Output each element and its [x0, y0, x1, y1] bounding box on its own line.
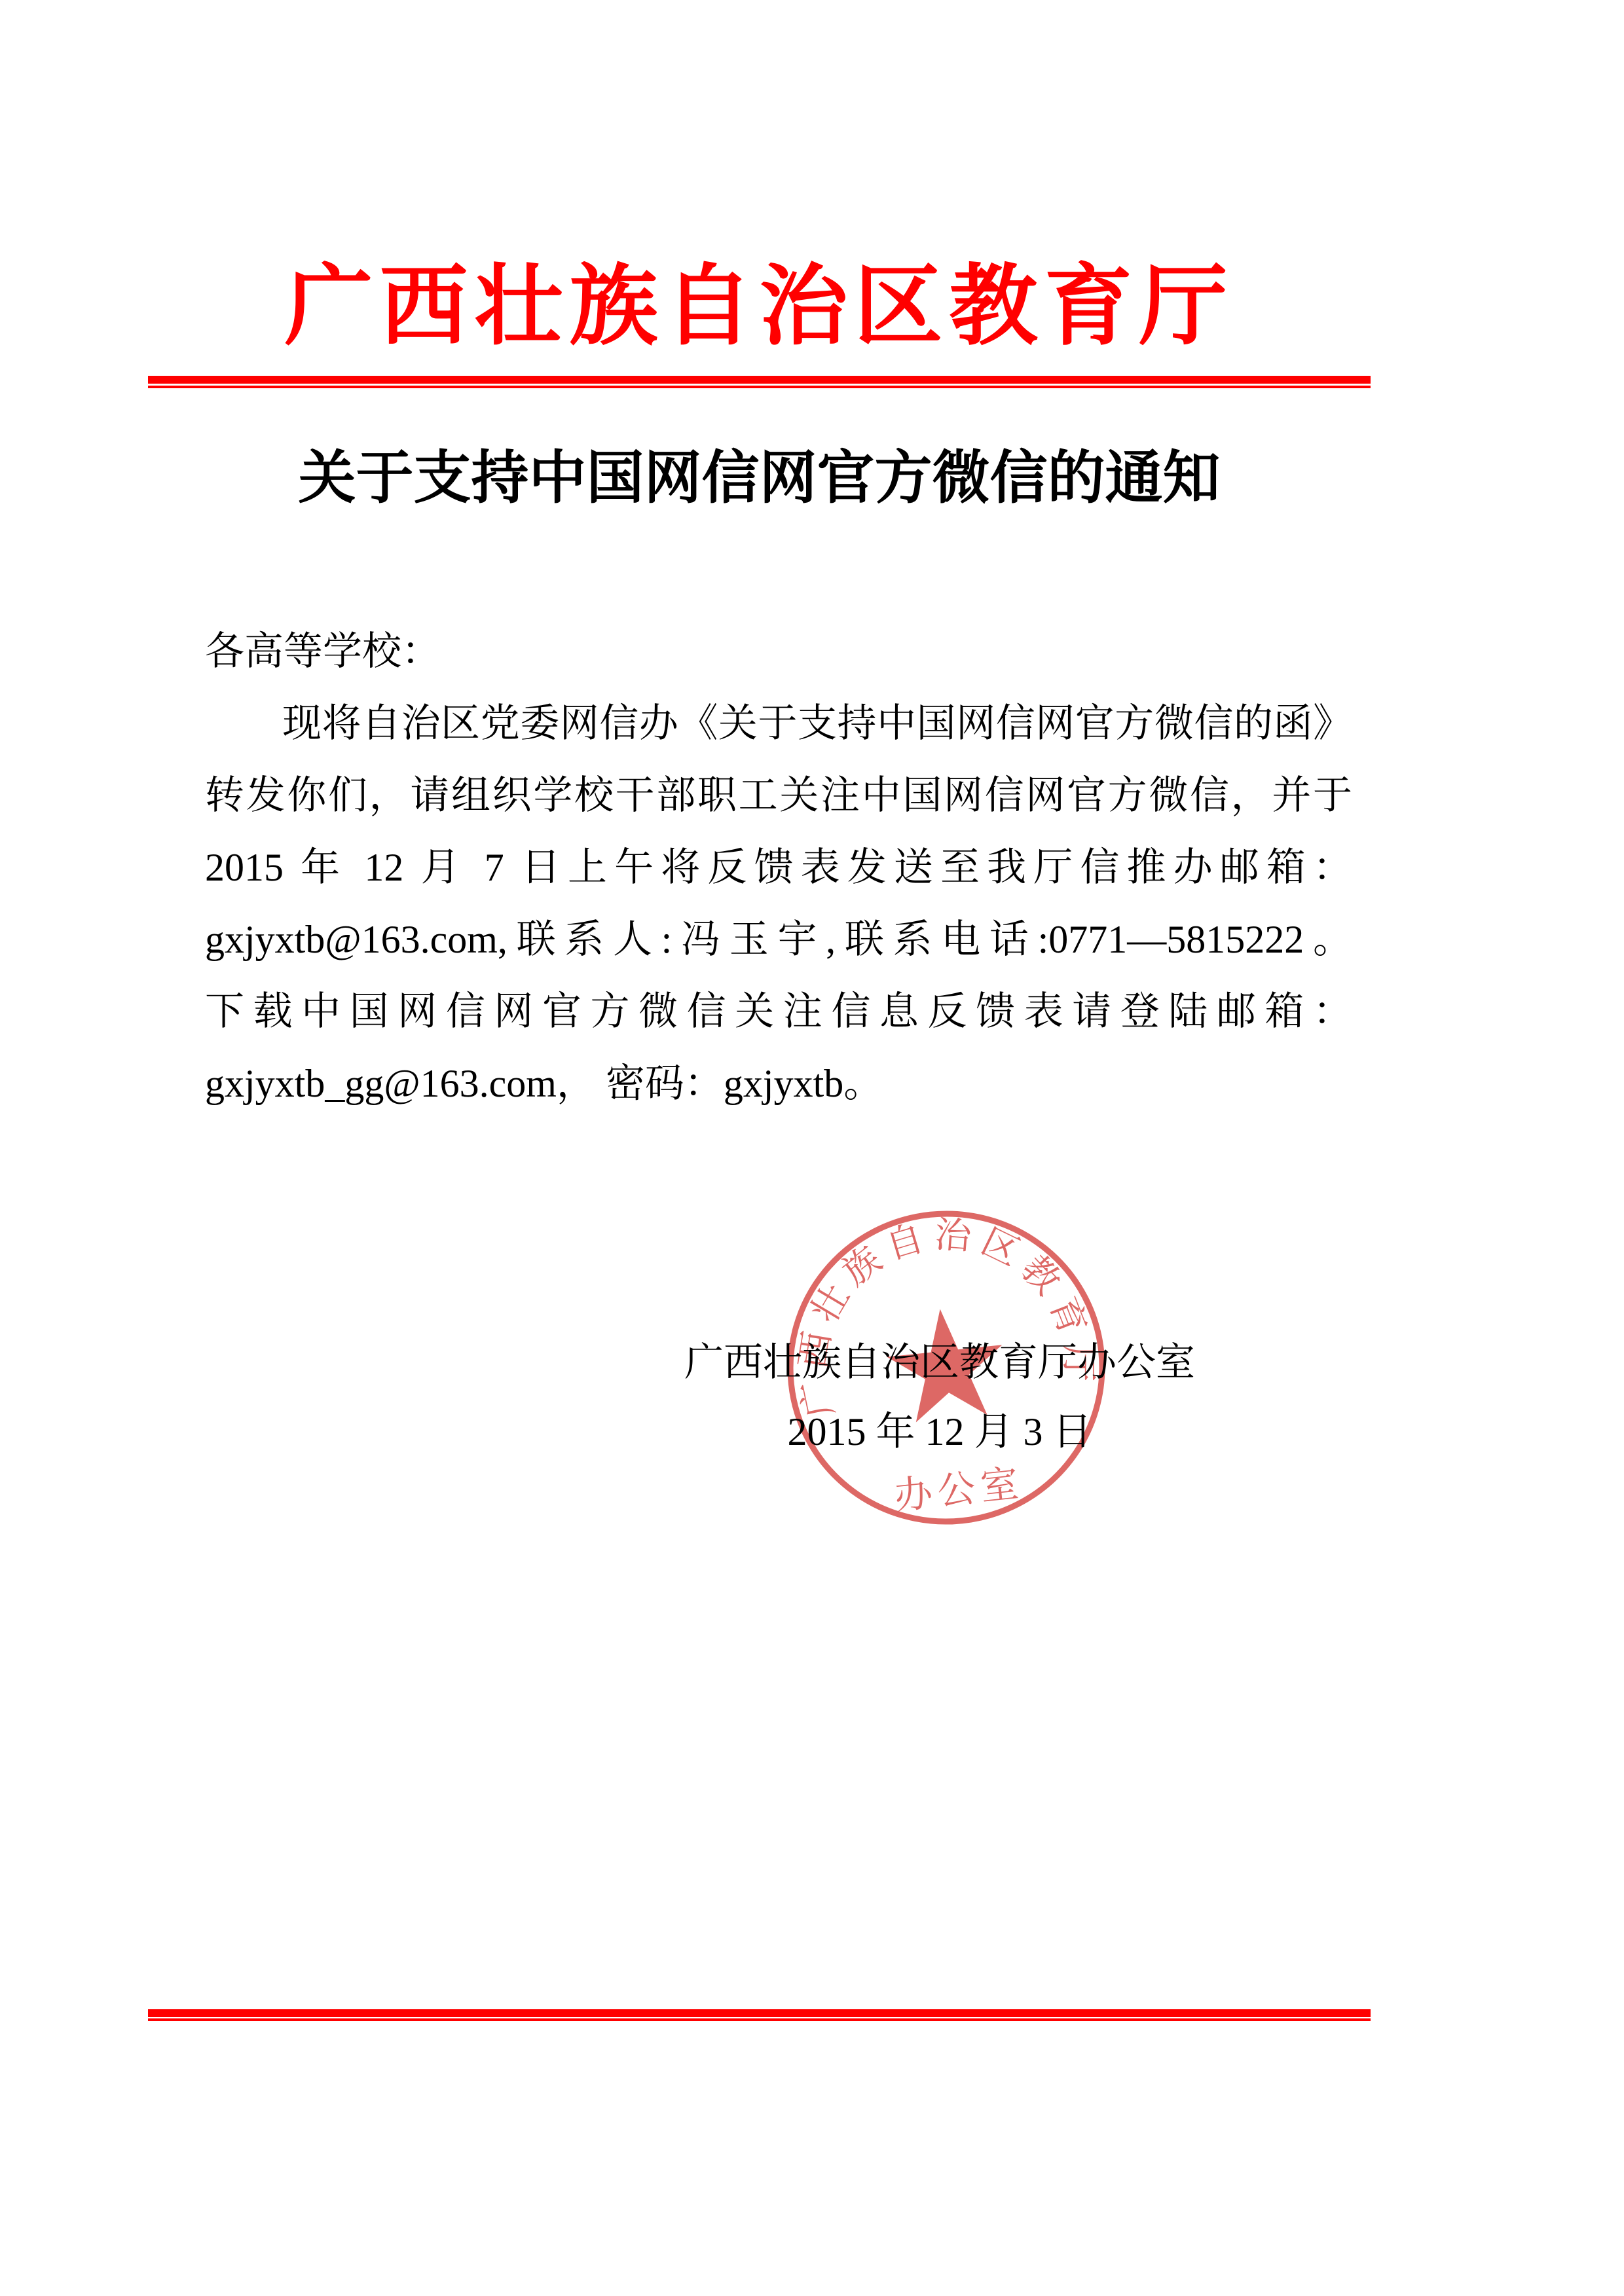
body-line: 下载中国网信网官方微信关注信息反馈表请登陆邮箱： — [205, 975, 1352, 1048]
body-line: gxjyxtb_gg@163.com， 密码：gxjyxtb。 — [205, 1048, 1352, 1120]
seal-star-icon — [883, 1303, 1009, 1425]
document-page: 广西壮族自治区教育厅 关于支持中国网信网官方微信的通知 各高等学校： 现将自治区… — [0, 0, 1624, 2296]
footer-divider-thin — [148, 2018, 1371, 2021]
header-divider-thin — [148, 386, 1371, 388]
salutation-line: 各高等学校： — [205, 615, 1352, 687]
document-title: 关于支持中国网信网官方微信的通知 — [148, 440, 1371, 519]
header-divider-thick — [148, 376, 1371, 384]
document-body: 各高等学校： 现将自治区党委网信办《关于支持中国网信网官方微信的函》 转发你们，… — [205, 615, 1352, 1120]
body-line: 转发你们，请组织学校干部职工关注中国网信网官方微信，并于 — [205, 759, 1352, 831]
body-line: 现将自治区党委网信办《关于支持中国网信网官方微信的函》 — [205, 687, 1352, 759]
body-line: gxjyxtb@163.com,联系人:冯玉宇,联系电话:0771—581522… — [205, 903, 1352, 975]
body-line: 2015 年 12 月 7 日上午将反馈表发送至我厅信推办邮箱： — [205, 831, 1352, 903]
footer-divider-thick — [148, 2009, 1371, 2017]
official-seal-stamp: 广西壮族自治区教育厅 办公室 — [768, 1191, 1125, 1544]
org-header-title: 广西壮族自治区教育厅 — [148, 252, 1371, 363]
